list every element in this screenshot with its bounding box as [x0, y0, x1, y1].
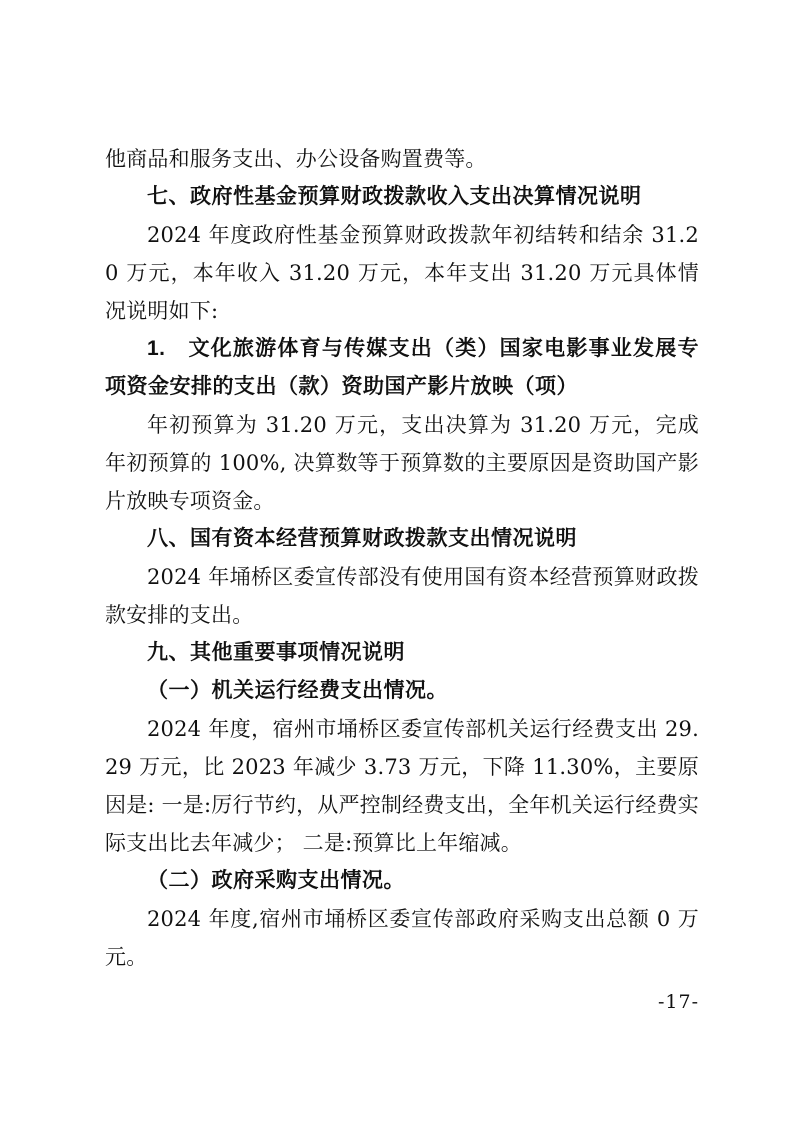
paragraph-film-budget-detail: 年初预算为 31.20 万元，支出决算为 31.20 万元，完成年初预算的 10…	[105, 406, 699, 520]
section-heading-nine-other-matters: 九、其他重要事项情况说明	[105, 634, 699, 672]
section-heading-eight-state-capital: 八、国有资本经营预算财政拨款支出情况说明	[105, 520, 699, 558]
section-heading-seven-govfund: 七、政府性基金预算财政拨款收入支出决算情况说明	[105, 178, 699, 216]
subsection-heading-1-culture-film: 1. 文化旅游体育与传媒支出（类）国家电影事业发展专项资金安排的支出（款）资助国…	[105, 330, 699, 406]
subheading-gov-procurement: （二）政府采购支出情况。	[105, 862, 699, 900]
document-page: 他商品和服务支出、办公设备购置费等。 七、政府性基金预算财政拨款收入支出决算情况…	[0, 0, 793, 1122]
page-number: -17-	[658, 991, 699, 1013]
paragraph-state-capital-none: 2024 年埇桥区委宣传部没有使用国有资本经营预算财政拨款安排的支出。	[105, 558, 699, 634]
paragraph-gov-procurement-detail: 2024 年度,宿州市埇桥区委宣传部政府采购支出总额 0 万元。	[105, 900, 699, 976]
subheading-agency-operating-expense: （一）机关运行经费支出情况。	[105, 672, 699, 710]
paragraph-govfund-summary: 2024 年度政府性基金预算财政拨款年初结转和结余 31.20 万元，本年收入 …	[105, 216, 699, 330]
document-body: 他商品和服务支出、办公设备购置费等。 七、政府性基金预算财政拨款收入支出决算情况…	[105, 140, 699, 976]
paragraph-agency-operating-detail: 2024 年度，宿州市埇桥区委宣传部机关运行经费支出 29.29 万元，比 20…	[105, 710, 699, 862]
paragraph-continuation-goods-services: 他商品和服务支出、办公设备购置费等。	[105, 140, 699, 178]
